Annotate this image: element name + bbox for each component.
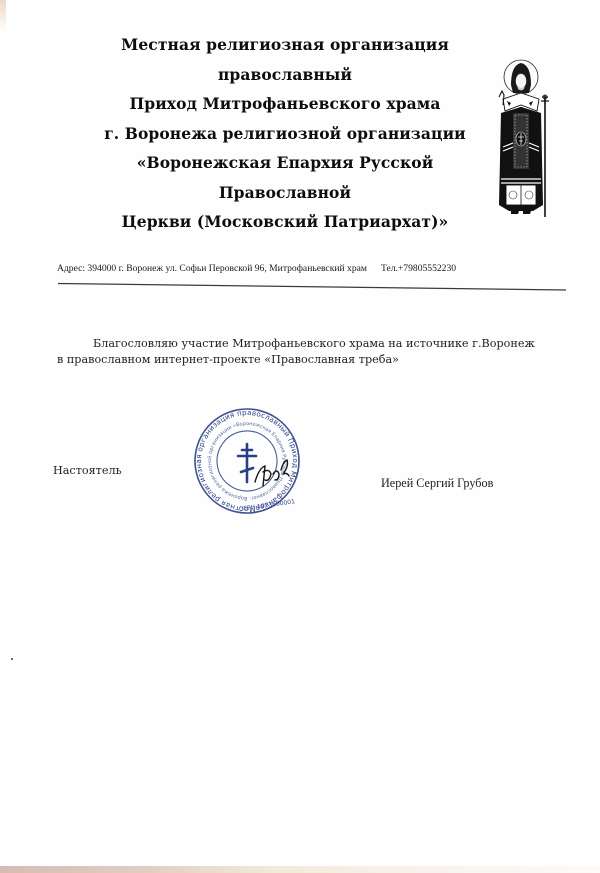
paper-speck	[11, 658, 13, 660]
letterhead-line: «Воронежская Епархия Русской	[70, 148, 500, 178]
paper-bottom-edge	[0, 866, 600, 873]
letterhead-line: г. Воронежа религиозной организации	[70, 119, 500, 149]
church-seal-stamp: Местная религиозная организация правосла…	[193, 400, 301, 522]
contact-line: Адрес: 394000 г. Воронеж ул. Софьи Перов…	[57, 263, 456, 274]
blessing-line: в православном интернет-проекте «Правосл…	[57, 352, 577, 368]
paper-edge-tint	[0, 0, 6, 30]
letterhead-line: Местная религиозная организация	[70, 30, 500, 60]
letterhead-line: Церкви (Московский Патриархат)»	[70, 207, 500, 237]
phone-text: Тел.+79805552230	[381, 263, 456, 274]
blessing-line: Благословляю участие Митрофаньевского хр…	[57, 336, 577, 352]
letterhead-line: Православной	[70, 178, 500, 208]
signatory-name: Иерей Сергий Грубов	[381, 476, 493, 491]
letterhead-divider	[58, 282, 566, 292]
letterhead-title: Местная религиозная организация правосла…	[70, 30, 500, 237]
saint-mitrophan-icon	[493, 55, 553, 230]
document-page: Местная религиозная организация правосла…	[0, 0, 600, 873]
signatory-title: Настоятель	[53, 464, 122, 477]
letterhead-line: православный	[70, 60, 500, 90]
address-text: Адрес: 394000 г. Воронеж ул. Софьи Перов…	[57, 263, 367, 274]
blessing-paragraph: Благословляю участие Митрофаньевского хр…	[57, 336, 577, 368]
letterhead-line: Приход Митрофаньевского храма	[70, 89, 500, 119]
